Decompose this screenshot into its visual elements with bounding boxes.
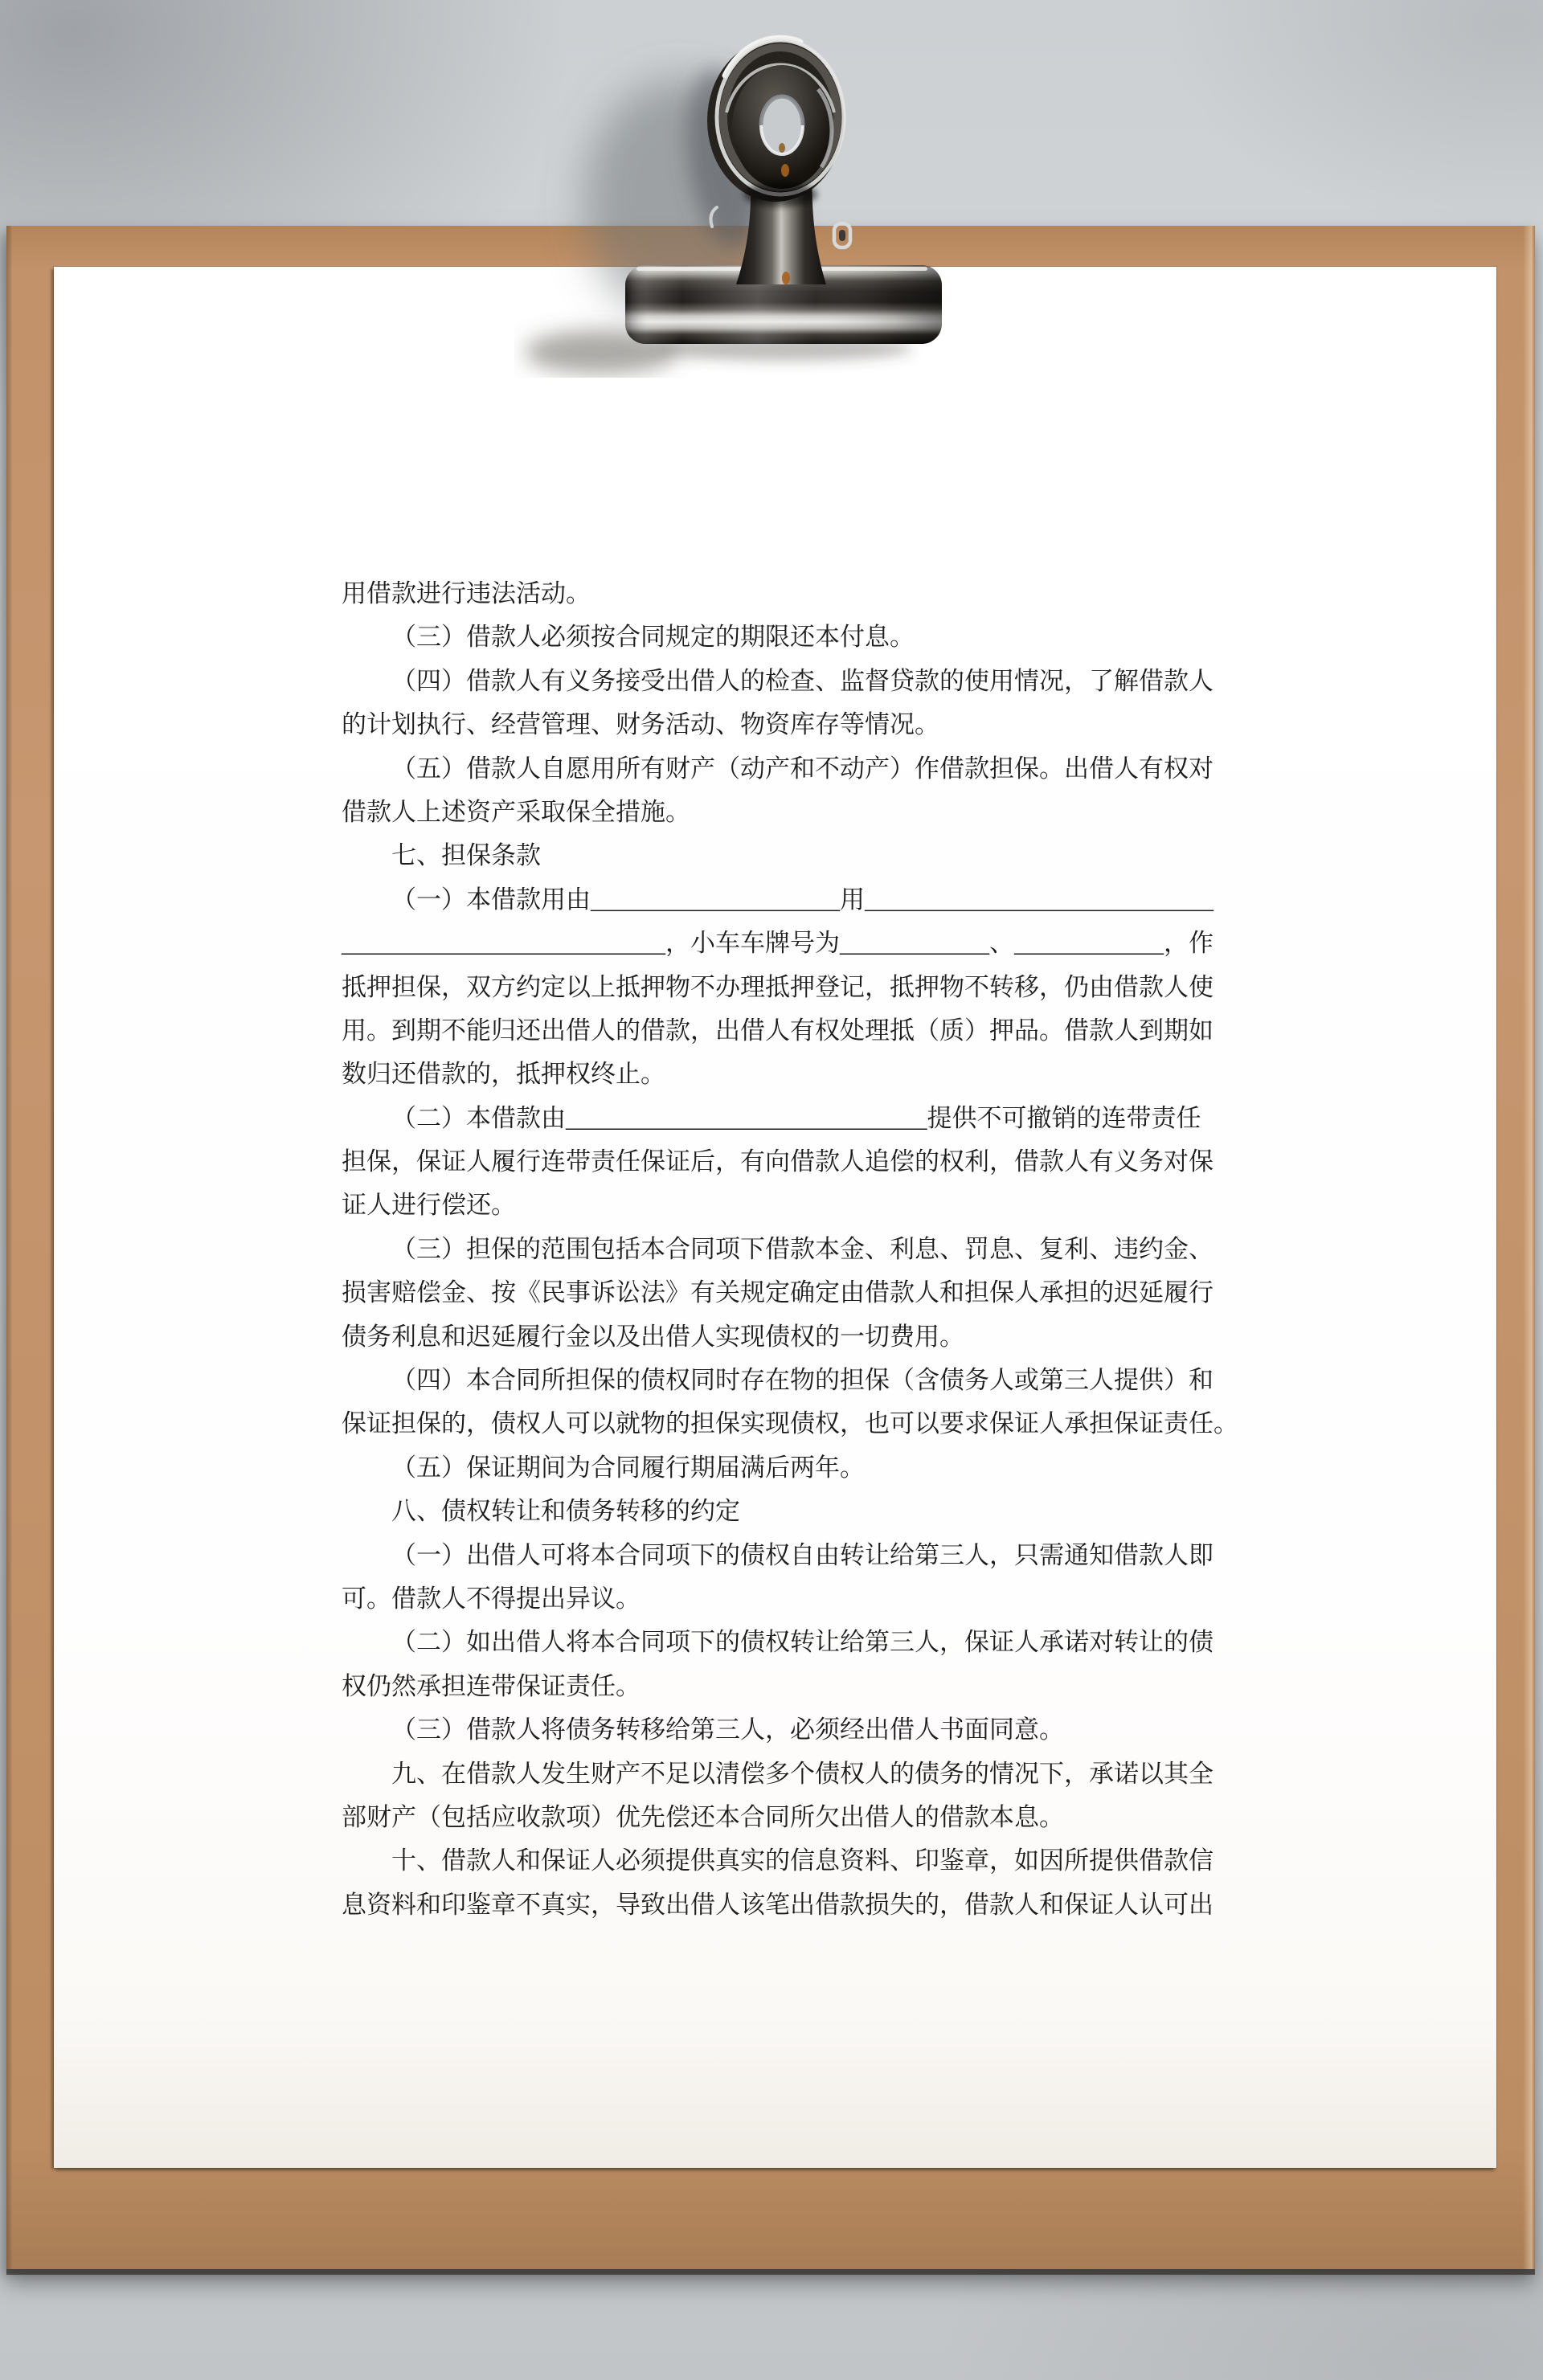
contract-line: （三）借款人必须按合同规定的期限还本付息。 [342, 615, 1238, 659]
board-right-edge [1523, 226, 1535, 2269]
board-left-edge [6, 226, 12, 2269]
contract-line: （五）保证期间为合同履行期届满后两年。 [342, 1446, 1238, 1490]
contract-line: 债务利息和迟延履行金以及出借人实现债权的一切费用。 [342, 1315, 1238, 1359]
contract-line: 担保，保证人履行连带责任保证后，有向借款人追偿的权利，借款人有义务对保 [342, 1140, 1238, 1184]
binder-clip [514, 11, 1013, 378]
contract-line: 八、债权转让和债务转移的约定 [342, 1490, 1238, 1533]
clip-right-tab-core [839, 230, 845, 241]
contract-line: 用借款进行违法活动。 [342, 572, 1238, 615]
contract-line: 的计划执行、经营管理、财务活动、物资库存等情况。 [342, 703, 1238, 746]
contract-line: 部财产（包括应收款项）优先偿还本合同所欠出借人的借款本息。 [342, 1796, 1238, 1839]
contract-line: 损害赔偿金、按《民事诉讼法》有关规定确定由借款人和担保人承担的迟延履行 [342, 1271, 1238, 1315]
contract-line: 息资料和印鉴章不真实，导致出借人该笔出借款损失的，借款人和保证人认可出 [342, 1883, 1238, 1927]
contract-text-block: 用借款进行违法活动。（三）借款人必须按合同规定的期限还本付息。（四）借款人有义务… [342, 572, 1238, 1927]
contract-line: 证人进行偿还。 [342, 1184, 1238, 1227]
contract-line: __________________________，小车车牌号为_______… [342, 922, 1238, 965]
contract-line: 抵押担保，双方约定以上抵押物不办理抵押登记，抵押物不转移，仍由借款人使 [342, 966, 1238, 1009]
coil-amber-glint [781, 164, 789, 177]
contract-line: （一）本借款用由____________________用___________… [342, 878, 1238, 922]
contract-line: （三）借款人将债务转移给第三人，必须经出借人书面同意。 [342, 1708, 1238, 1752]
photo-scene: { "scene": { "wall_color": "#cfd2d4", "b… [0, 0, 1543, 2380]
contract-line: （三）担保的范围包括本合同项下借款本金、利息、罚息、复利、违约金、 [342, 1228, 1238, 1271]
contract-line: （二）本借款由_____________________________提供不可… [342, 1097, 1238, 1140]
coil-under-shadow [743, 182, 817, 207]
contract-line: （五）借款人自愿用所有财产（动产和不动产）作借款担保。出借人有权对 [342, 747, 1238, 791]
contract-line: （四）本合同所担保的债权同时存在物的担保（含债务人或第三人提供）和 [342, 1359, 1238, 1402]
contract-line: 用。到期不能归还出借人的借款，出借人有权处理抵（质）押品。借款人到期如 [342, 1009, 1238, 1053]
contract-line: 数归还借款的，抵押权终止。 [342, 1053, 1238, 1096]
contract-line: 九、在借款人发生财产不足以清偿多个债权人的债务的情况下，承诺以其全 [342, 1752, 1238, 1796]
contract-paper: 用借款进行违法活动。（三）借款人必须按合同规定的期限还本付息。（四）借款人有义务… [54, 267, 1496, 2168]
contract-line: （二）如出借人将本合同项下的债权转让给第三人，保证人承诺对转让的债 [342, 1621, 1238, 1664]
contract-line: 保证担保的，债权人可以就物的担保实现债权，也可以要求保证人承担保证责任。 [342, 1402, 1238, 1446]
contract-line: 十、借款人和保证人必须提供真实的信息资料、印鉴章，如因所提供借款信 [342, 1839, 1238, 1883]
contract-line: （四）借款人有义务接受出借人的检查、监督贷款的使用情况，了解借款人 [342, 660, 1238, 703]
contract-line: 可。借款人不得提出异议。 [342, 1577, 1238, 1621]
clipboard-board: 用借款进行违法活动。（三）借款人必须按合同规定的期限还本付息。（四）借款人有义务… [6, 226, 1535, 2269]
hole-amber-glint [779, 143, 785, 153]
contract-line: （一）出借人可将本合同项下的债权自由转让给第三人，只需通知借款人即 [342, 1534, 1238, 1577]
contract-line: 权仍然承担连带保证责任。 [342, 1665, 1238, 1708]
contract-line: 借款人上述资产采取保全措施。 [342, 791, 1238, 834]
neck-glint [782, 272, 790, 284]
contract-line: 七、担保条款 [342, 834, 1238, 877]
